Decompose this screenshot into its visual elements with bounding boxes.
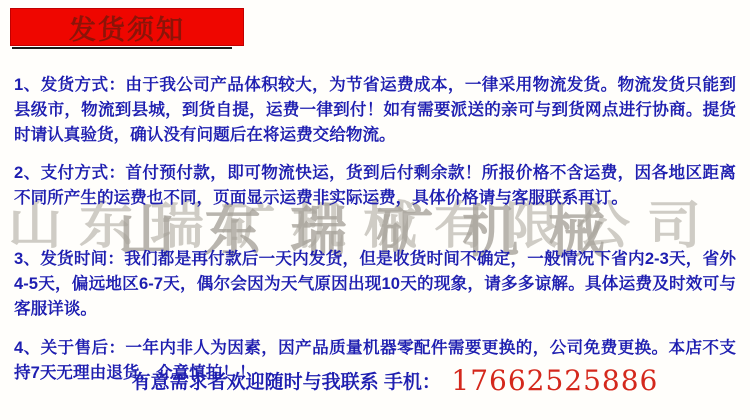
delivery-time-paragraph: 3、发货时间：我们都是再付款后一天内发货，但是收货时间不确定，一般情况下省内2-… xyxy=(14,246,736,321)
shipping-notice-page: 发货须知 山东瑞矿机械有限公司 山东瑞矿机械 1、发货方式：由于我公司产品体积较… xyxy=(0,0,750,420)
shipping-method-paragraph: 1、发货方式：由于我公司产品体积较大，为节省运费成本，一律采用物流发货。物流发货… xyxy=(14,72,736,147)
notice-title: 发货须知 xyxy=(69,8,185,47)
header-underline xyxy=(12,47,232,49)
payment-method-paragraph: 2、支付方式：首付预付款，即可物流快运，货到后付剩余款！所报价格不含运费，因各地… xyxy=(14,160,736,210)
contact-phone-number: 17662525886 xyxy=(451,364,658,397)
contact-line: 有意需求者欢迎随时与我联系 手机： 17662525886 xyxy=(0,364,750,397)
contact-label: 有意需求者欢迎随时与我联系 手机： xyxy=(132,372,441,393)
notice-header-banner: 发货须知 xyxy=(10,8,244,46)
